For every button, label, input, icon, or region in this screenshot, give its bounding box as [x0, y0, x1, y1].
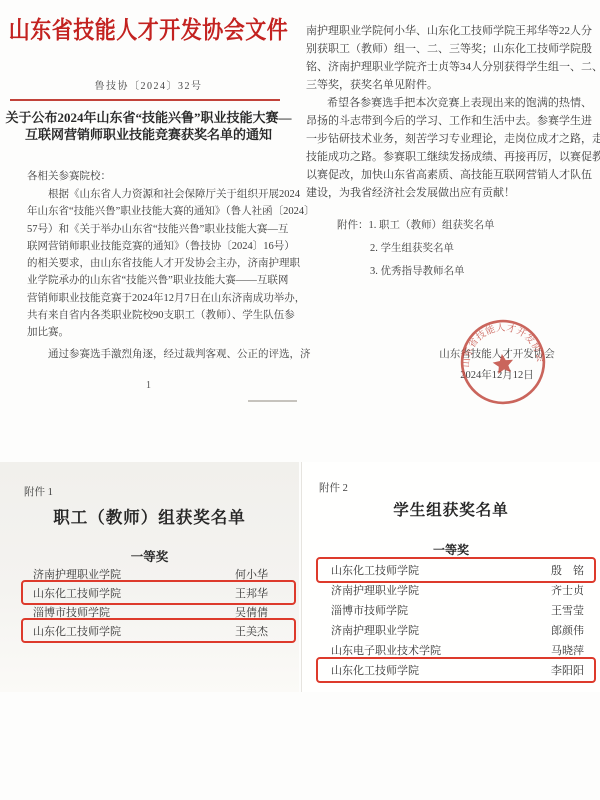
notice-page-2: 南护理职业学院何小华、山东化工技师学院王邦华等22人分 别获职工（教师）组一、二… [297, 0, 600, 460]
winner-name: 齐士贞 [551, 582, 584, 598]
attachments-label: 附件： [337, 220, 369, 231]
body-line: 营销师职业技能竞赛于2024年12月7日在山东济南成功举办， [27, 290, 284, 307]
winner-name: 殷 铭 [551, 562, 584, 578]
winner-row-highlighted: 山东化工技师学院 王美杰 [24, 621, 293, 640]
winner-name: 何小华 [235, 566, 268, 582]
winner-row-highlighted: 山东化工技师学院 殷 铭 [319, 560, 593, 580]
body-line: 联网营销师职业技能竞赛的通知》（鲁技协〔2024〕16号） [27, 238, 284, 255]
winner-school: 济南护理职业学院 [331, 622, 419, 638]
winner-row: 淄博市技师学院 王雪莹 [319, 600, 593, 620]
winner-row: 山东电子职业技术学院 马晓萍 [319, 640, 593, 660]
masthead-title: 山东省技能人才开发协会文件 [0, 12, 297, 47]
body-line: 希望各参赛选手把本次竞赛上表现出来的饱满的热情、 [306, 94, 592, 112]
body-line: 共有来自省内各类职业院校90支职工（教师）、学生队伍参 [27, 307, 284, 324]
winner-list: 山东化工技师学院 殷 铭 济南护理职业学院 齐士贞 淄博市技师学院 王雪莹 济南… [319, 560, 593, 680]
body-line: 根据《山东省人力资源和社会保障厅关于组织开展2024 [27, 186, 284, 203]
body-line: 的相关要求，由山东省技能人才开发协会主办，济南护理职 [27, 255, 284, 272]
winner-row: 济南护理职业学院 何小华 [24, 564, 293, 583]
winner-row: 淄博市技师学院 吴倩倩 [24, 602, 293, 621]
winner-name: 马晓萍 [551, 642, 584, 658]
body-line: 一步钻研技术业务，刻苦学习专业理论，走岗位成才之路，走 [306, 130, 592, 148]
award-level-first-prize: 一等奖 [302, 541, 600, 558]
attachment-list-item: 附件：1. 职工（教师）组获奖名单 [337, 214, 495, 237]
winner-row: 济南护理职业学院 齐士贞 [319, 580, 593, 600]
body-line: 铭、济南护理职业学院齐士贞等34人分别获得学生组一、二、 [306, 58, 592, 76]
attachment-1-title: 职工（教师）组获奖名单 [0, 504, 299, 528]
seal-star-icon [492, 352, 515, 374]
winner-name: 王雪莹 [551, 602, 584, 618]
salutation: 各相关参赛院校： [27, 168, 111, 183]
attachment-item-3: 3. 优秀指导教师名单 [337, 260, 495, 283]
winner-name: 王美杰 [235, 623, 268, 639]
body-line: 南护理职业学院何小华、山东化工技师学院王邦华等22人分 [306, 22, 592, 40]
attachments-list: 附件：1. 职工（教师）组获奖名单 2. 学生组获奖名单 3. 优秀指导教师名单 [337, 214, 495, 283]
winner-name: 郎颜伟 [551, 622, 584, 638]
winner-school: 淄博市技师学院 [33, 604, 110, 620]
body-line: 57号）和《关于举办山东省“技能兴鲁”职业技能大赛—互 [27, 221, 284, 238]
winner-list: 济南护理职业学院 何小华 山东化工技师学院 王邦华 淄博市技师学院 吴倩倩 山东… [24, 564, 293, 640]
scan-edge-artifact [248, 400, 297, 402]
winner-school: 济南护理职业学院 [33, 566, 121, 582]
winner-name: 吴倩倩 [235, 604, 268, 620]
attachment-item-1: 1. 职工（教师）组获奖名单 [369, 220, 495, 231]
winner-row-highlighted: 山东化工技师学院 李阳阳 [319, 660, 593, 680]
body-line: 建设，为我省经济社会发展做出应有贡献！ [306, 184, 592, 202]
document-scan: 山东省技能人才开发协会文件 鲁技协〔2024〕32号 关于公布2024年山东省“… [0, 0, 600, 800]
doc-number: 鲁技协〔2024〕32号 [0, 77, 297, 92]
winner-school: 山东电子职业技术学院 [331, 642, 441, 658]
winner-school: 淄博市技师学院 [331, 602, 408, 618]
official-seal: 山东省技能人才开发协会 [451, 310, 555, 414]
attachment-2-page: 附件 2 学生组获奖名单 一等奖 山东化工技师学院 殷 铭 济南护理职业学院 齐… [301, 462, 600, 692]
page-number: 1 [0, 380, 297, 391]
winner-school: 山东化工技师学院 [331, 562, 419, 578]
notice-title: 关于公布2024年山东省“技能兴鲁”职业技能大赛— 互联网营销师职业技能竞赛获奖… [0, 109, 297, 143]
body-line: 年山东省“技能兴鲁”职业技能大赛的通知》（鲁人社函〔2024〕 [27, 203, 284, 220]
attachment-2-title: 学生组获奖名单 [302, 498, 600, 520]
body-line: 三等奖，获奖名单见附件。 [306, 76, 592, 94]
attachment-2-label: 附件 2 [319, 480, 348, 495]
winner-school: 山东化工技师学院 [33, 623, 121, 639]
attachment-1-page: 附件 1 职工（教师）组获奖名单 一等奖 济南护理职业学院 何小华 山东化工技师… [0, 462, 299, 692]
attachment-item-2: 2. 学生组获奖名单 [337, 237, 495, 260]
notice-title-line: 互联网营销师职业技能竞赛获奖名单的通知 [0, 126, 297, 143]
attachment-1-label: 附件 1 [24, 484, 53, 499]
winner-row-highlighted: 山东化工技师学院 王邦华 [24, 583, 293, 602]
red-divider-rule [10, 99, 280, 101]
winner-name: 王邦华 [235, 585, 268, 601]
award-level-first-prize: 一等奖 [0, 547, 299, 565]
winner-row: 济南护理职业学院 郎颜伟 [319, 620, 593, 640]
notice-title-line: 关于公布2024年山东省“技能兴鲁”职业技能大赛— [0, 109, 297, 126]
body-line: 技能成功之路。参赛职工继续发扬成绩、再接再厉，以赛促教、 [306, 148, 592, 166]
notice-body-p2: 南护理职业学院何小华、山东化工技师学院王邦华等22人分 别获职工（教师）组一、二… [306, 22, 592, 202]
winner-school: 山东化工技师学院 [331, 662, 419, 678]
body-line: 通过参赛选手激烈角逐，经过裁判客观、公正的评选，济 [27, 346, 284, 363]
winner-school: 山东化工技师学院 [33, 585, 121, 601]
body-line: 昂扬的斗志带到今后的学习、工作和生活中去。参赛学生进 [306, 112, 592, 130]
body-line: 以赛促改，加快山东省高素质、高技能互联网营销人才队伍 [306, 166, 592, 184]
notice-page-1: 山东省技能人才开发协会文件 鲁技协〔2024〕32号 关于公布2024年山东省“… [0, 0, 297, 460]
body-line: 业学院承办的山东省“技能兴鲁”职业技能大赛——互联网 [27, 272, 284, 289]
body-line: 别获职工（教师）组一、二、三等奖；山东化工技师学院殷 [306, 40, 592, 58]
winner-name: 李阳阳 [551, 662, 584, 678]
winner-school: 济南护理职业学院 [331, 582, 419, 598]
body-line: 加比赛。 [27, 324, 284, 341]
notice-body-p1: 根据《山东省人力资源和社会保障厅关于组织开展2024 年山东省“技能兴鲁”职业技… [27, 186, 284, 363]
